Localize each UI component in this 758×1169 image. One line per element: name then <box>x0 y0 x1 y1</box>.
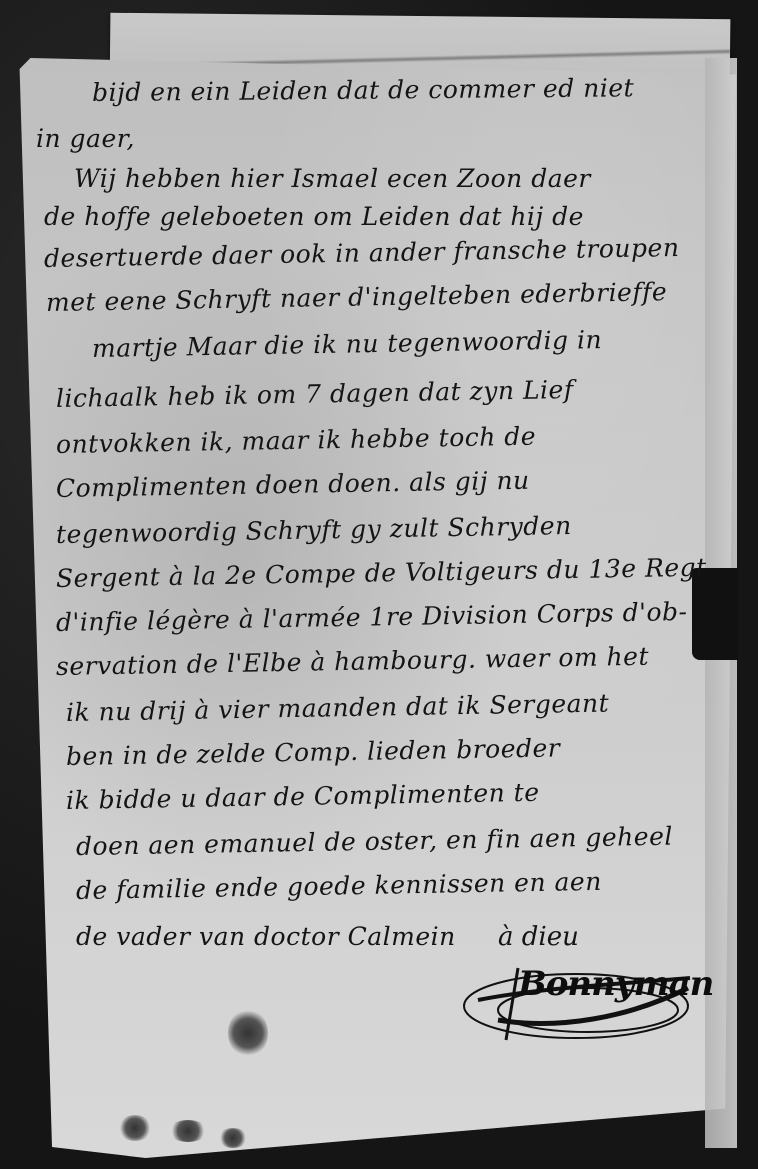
signature: Bonnyman <box>458 948 698 1048</box>
letter-line: Wij hebben hier Ismael ecen Zoon daer <box>74 164 591 193</box>
ink-stain <box>168 1120 208 1142</box>
letter-line: bijd en ein Leiden dat de commer ed niet <box>92 73 634 107</box>
letter-line: de vader van doctor Calmein <box>76 922 456 951</box>
ink-stain <box>218 1128 248 1148</box>
ink-stain <box>228 1008 268 1058</box>
letter-line: in gaer, <box>36 124 135 153</box>
ink-stain <box>118 1115 152 1141</box>
torn-edge-shadow <box>692 568 738 660</box>
signature-name: Bonnyman <box>518 964 713 1004</box>
letter-line: de hoffe geleboeten om Leiden dat hij de <box>44 202 584 231</box>
